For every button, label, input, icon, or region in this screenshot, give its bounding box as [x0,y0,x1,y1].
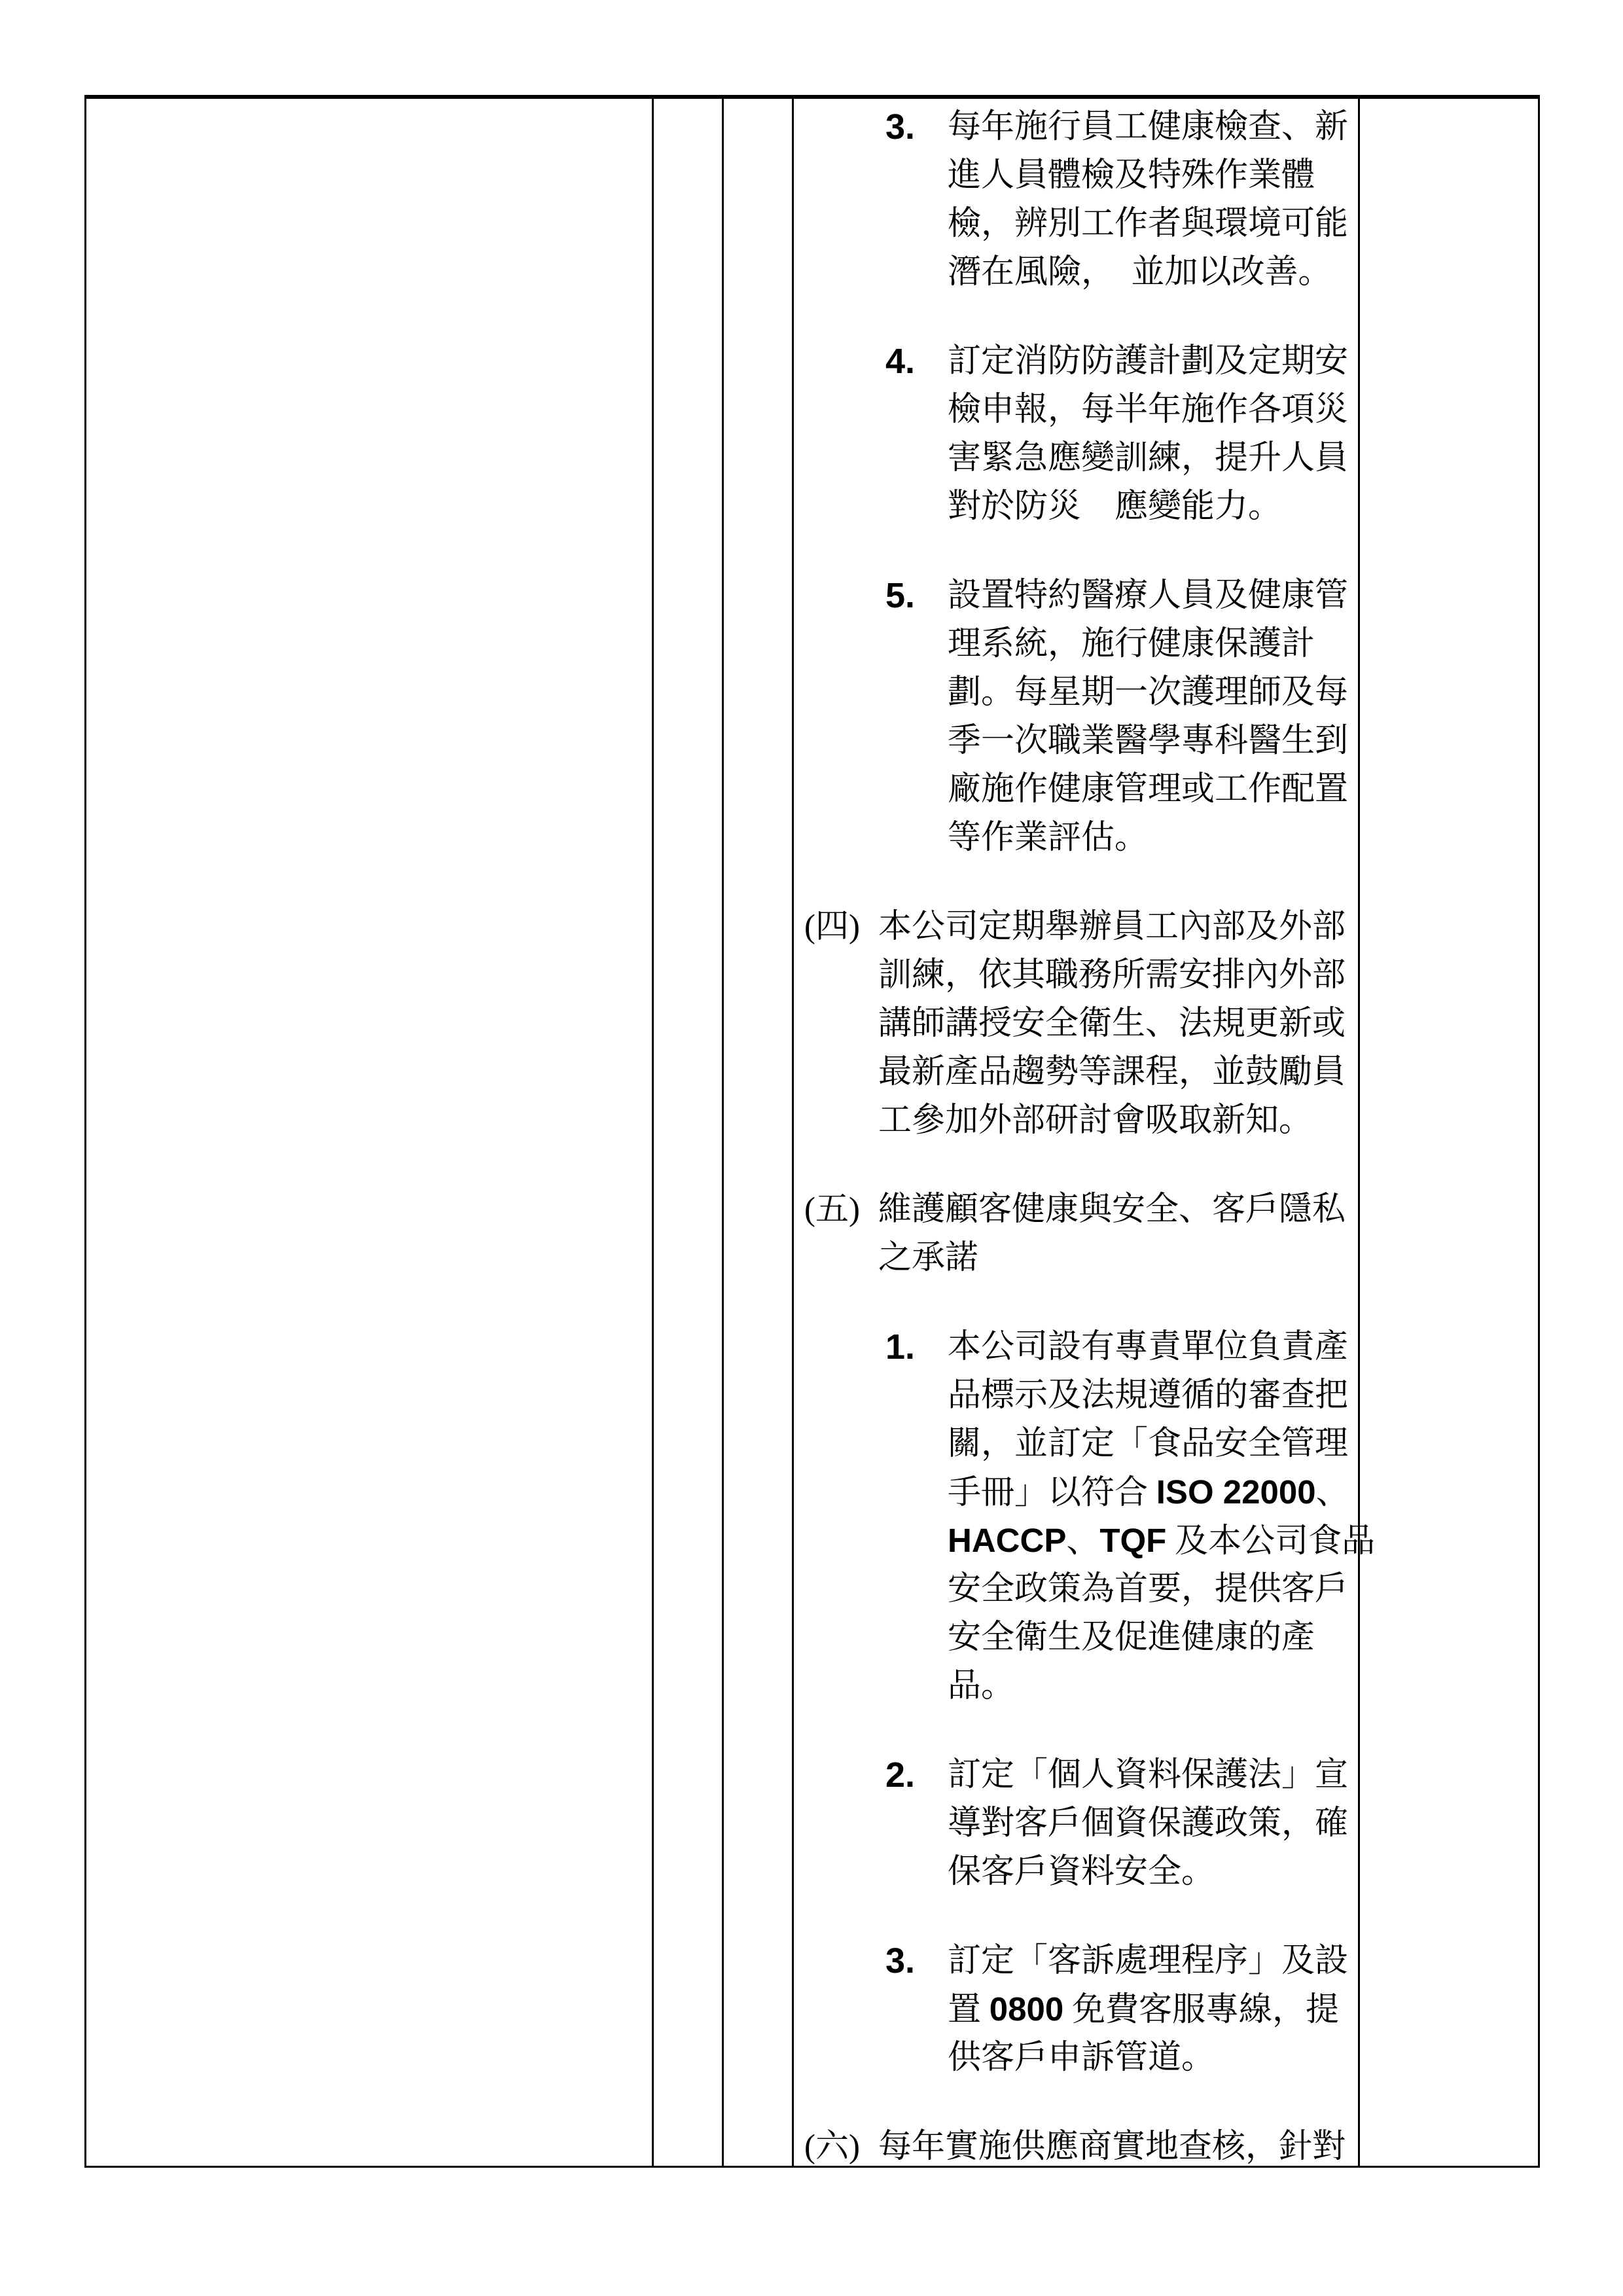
text-line: 最新產品趨勢等課程，並鼓勵員 [878,1048,1358,1096]
text-segment: 、 [1066,1523,1099,1560]
text-segment: 對於防災 應變能力。 [948,488,1281,525]
text-line: 供客戶申訴管道。 [948,2034,1358,2082]
text-line: 保客戶資料安全。 [948,1848,1358,1896]
item-label: 2. [885,1751,915,1799]
text-line: 手冊」以符合 ISO 22000、 [948,1468,1358,1516]
column-divider-1 [652,99,654,2166]
text-segment: 訂定「客訴處理程序」及設 [948,1943,1348,1979]
text-line: 本公司定期舉辦員工內部及外部 [878,903,1358,951]
text-segment: 品。 [948,1668,1014,1704]
text-line: HACCP、TQF 及本公司食品 [948,1516,1358,1565]
text-segment: 保客戶資料安全。 [948,1854,1215,1890]
text-segment: 訂定消防防護計劃及定期安 [948,343,1348,380]
text-segment: 每年實施供應商實地查核，針對 [878,2128,1346,2165]
item-lines: 訂定消防防護計劃及定期安 檢申報，每半年施作各項災 害緊急應變訓練，提升人員 對… [948,337,1358,531]
text-line: 潛在風險， 並加以改善。 [948,248,1358,296]
text-segment: 潛在風險， 並加以改善。 [948,254,1332,291]
text-line: 置 0800 免費客服專線，提 [948,1985,1358,2034]
item-lines: 設置特約醫療人員及健康管 理系統，施行健康保護計 劃。每星期一次護理師及每 季一… [948,571,1358,862]
text-segment: 免費客服專線，提 [1063,1992,1339,2028]
ordered-item-5: 5. 設置特約醫療人員及健康管 理系統，施行健康保護計 劃。每星期一次護理師及每… [794,571,1358,862]
text-segment: 置 [948,1992,990,2028]
text-line: 理系統，施行健康保護計 [948,620,1358,668]
policy-text-column: 3. 每年施行員工健康檢查、新 進人員體檢及特殊作業體 檢，辨別工作者與環境可能… [794,103,1358,2171]
text-segment: 安全政策為首要，提供客戶 [948,1571,1348,1607]
text-segment: 工參加外部研討會吸取新知。 [878,1102,1312,1139]
item-label: (四) [804,903,860,951]
tqf-text: TQF [1099,1522,1166,1559]
text-segment: 、 [1316,1475,1349,1511]
paren-item-6: (六) 每年實施供應商實地查核，針對 [794,2123,1358,2171]
text-segment: 及本公司食品 [1166,1523,1375,1560]
text-segment: 關，並訂定「食品安全管理 [948,1426,1348,1462]
text-segment: 本公司定期舉辦員工內部及外部 [878,908,1346,945]
text-line: 訂定「個人資料保護法」宣 [948,1751,1358,1799]
text-segment: 進人員體檢及特殊作業體 [948,157,1315,194]
text-segment: 設置特約醫療人員及健康管 [948,577,1348,614]
item-label: 3. [885,1937,915,1985]
text-line: 訓練，依其職務所需安排內外部 [878,951,1358,999]
item-lines: 本公司設有專責單位負責產 品標示及法規遵循的審查把 關，並訂定「食品安全管理 手… [948,1323,1358,1710]
document-page: 3. 每年施行員工健康檢查、新 進人員體檢及特殊作業體 檢，辨別工作者與環境可能… [0,0,1623,2296]
iso-22000-text: ISO 22000 [1156,1473,1316,1511]
text-line: 品標示及法規遵循的審查把 [948,1371,1358,1420]
text-segment: 手冊」以符合 [948,1475,1156,1511]
text-segment: 檢申報，每半年施作各項災 [948,391,1348,428]
text-line: 講師講授安全衛生、法規更新或 [878,999,1358,1048]
text-line: 檢申報，每半年施作各項災 [948,386,1358,434]
text-line: 進人員體檢及特殊作業體 [948,151,1358,200]
text-segment: 季一次職業醫學專科醫生到 [948,723,1348,759]
text-line: 對於防災 應變能力。 [948,482,1358,531]
ordered-sub-item-3: 3. 訂定「客訴處理程序」及設 置 0800 免費客服專線，提 供客戶申訴管道。 [794,1937,1358,2082]
paren-item-5: (五) 維護顧客健康與安全、客戶隱私 之承諾 [794,1185,1358,1282]
item-lines: 每年實施供應商實地查核，針對 [878,2123,1358,2171]
text-segment: 講師講授安全衛生、法規更新或 [878,1005,1346,1042]
text-line: 設置特約醫療人員及健康管 [948,571,1358,620]
text-segment: 檢，辨別工作者與環境可能 [948,206,1348,242]
text-segment: 害緊急應變訓練，提升人員 [948,440,1348,476]
text-segment: 訂定「個人資料保護法」宣 [948,1757,1348,1793]
item-lines: 維護顧客健康與安全、客戶隱私 之承諾 [878,1185,1358,1282]
text-line: 導對客戶個資保護政策，確 [948,1799,1358,1848]
item-label: 1. [885,1323,915,1371]
text-line: 每年實施供應商實地查核，針對 [878,2123,1358,2171]
text-line: 之承諾 [878,1234,1358,1282]
text-segment: 每年施行員工健康檢查、新 [948,109,1348,145]
text-segment: 理系統，施行健康保護計 [948,626,1315,662]
text-segment: 品標示及法規遵循的審查把 [948,1377,1348,1414]
text-segment: 劃。每星期一次護理師及每 [948,674,1348,711]
item-label: (五) [804,1185,860,1234]
text-line: 廠施作健康管理或工作配置 [948,765,1358,814]
item-label: 5. [885,571,915,620]
text-line: 關，並訂定「食品安全管理 [948,1420,1358,1468]
text-line: 維護顧客健康與安全、客戶隱私 [878,1185,1358,1234]
text-line: 等作業評估。 [948,814,1358,862]
item-lines: 訂定「個人資料保護法」宣 導對客戶個資保護政策，確 保客戶資料安全。 [948,1751,1358,1896]
text-line: 劃。每星期一次護理師及每 [948,668,1358,717]
text-segment: 安全衛生及促進健康的產 [948,1619,1315,1656]
text-line: 每年施行員工健康檢查、新 [948,103,1358,151]
text-segment: 維護顧客健康與安全、客戶隱私 [878,1191,1346,1228]
text-line: 訂定消防防護計劃及定期安 [948,337,1358,386]
text-segment: 最新產品趨勢等課程，並鼓勵員 [878,1054,1346,1090]
ordered-sub-item-1: 1. 本公司設有專責單位負責產 品標示及法規遵循的審查把 關，並訂定「食品安全管… [794,1323,1358,1710]
text-line: 品。 [948,1662,1358,1710]
text-segment: 導對客戶個資保護政策，確 [948,1805,1348,1842]
text-line: 季一次職業醫學專科醫生到 [948,717,1358,765]
item-lines: 訂定「客訴處理程序」及設 置 0800 免費客服專線，提 供客戶申訴管道。 [948,1937,1358,2082]
text-line: 檢，辨別工作者與環境可能 [948,200,1358,248]
text-line: 安全衛生及促進健康的產 [948,1613,1358,1662]
ordered-item-3: 3. 每年施行員工健康檢查、新 進人員體檢及特殊作業體 檢，辨別工作者與環境可能… [794,103,1358,296]
column-divider-4 [1358,99,1360,2166]
item-lines: 每年施行員工健康檢查、新 進人員體檢及特殊作業體 檢，辨別工作者與環境可能 潛在… [948,103,1358,296]
text-line: 本公司設有專責單位負責產 [948,1323,1358,1371]
text-segment: 廠施作健康管理或工作配置 [948,771,1348,808]
text-line: 訂定「客訴處理程序」及設 [948,1937,1358,1985]
item-label: (六) [804,2123,860,2171]
item-label: 3. [885,103,915,151]
text-segment: 本公司設有專責單位負責產 [948,1329,1348,1365]
text-line: 工參加外部研討會吸取新知。 [878,1096,1358,1145]
haccp-text: HACCP [948,1522,1066,1559]
item-lines: 本公司定期舉辦員工內部及外部 訓練，依其職務所需安排內外部 講師講授安全衛生、法… [878,903,1358,1145]
ordered-item-4: 4. 訂定消防防護計劃及定期安 檢申報，每半年施作各項災 害緊急應變訓練，提升人… [794,337,1358,531]
text-line: 安全政策為首要，提供客戶 [948,1565,1358,1613]
content-table: 3. 每年施行員工健康檢查、新 進人員體檢及特殊作業體 檢，辨別工作者與環境可能… [84,95,1540,2168]
text-segment: 之承諾 [878,1240,978,1276]
text-segment: 訓練，依其職務所需安排內外部 [878,957,1346,994]
text-segment: 供客戶申訴管道。 [948,2039,1215,2076]
item-label: 4. [885,337,915,386]
text-segment: 等作業評估。 [948,819,1148,856]
paren-item-4: (四) 本公司定期舉辦員工內部及外部 訓練，依其職務所需安排內外部 講師講授安全… [794,903,1358,1145]
hotline-0800-text: 0800 [990,1990,1063,2028]
text-line: 害緊急應變訓練，提升人員 [948,434,1358,482]
column-divider-2 [722,99,724,2166]
ordered-sub-item-2: 2. 訂定「個人資料保護法」宣 導對客戶個資保護政策，確 保客戶資料安全。 [794,1751,1358,1896]
